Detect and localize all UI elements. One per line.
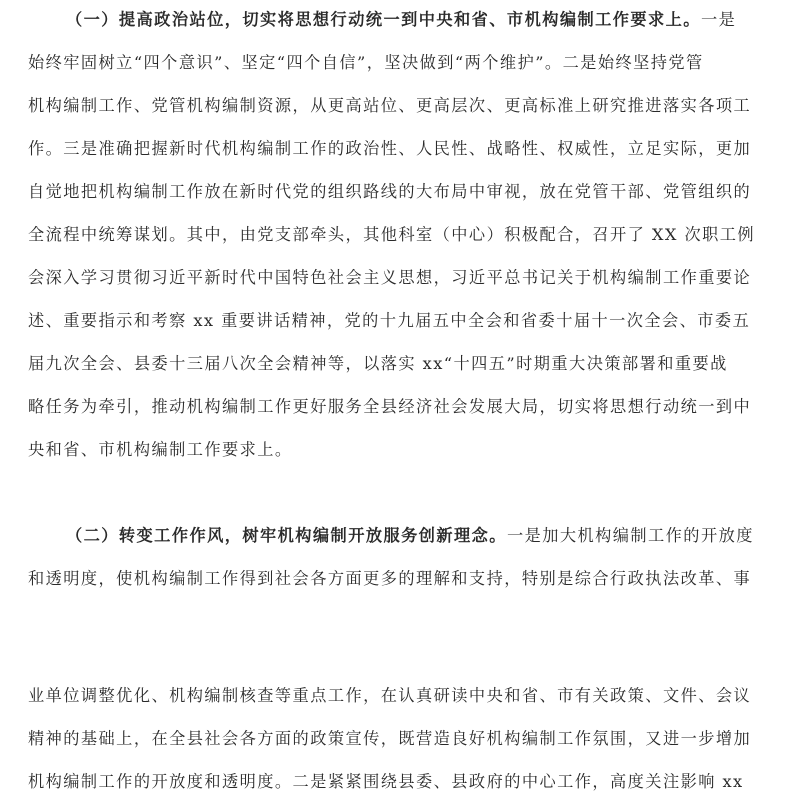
paragraph-line: 会深入学习贯彻习近平新时代中国特色社会主义思想，习近平总书记关于机构编制工作重要…	[28, 268, 776, 288]
paragraph-line: 自觉地把机构编制工作放在新时代党的组织路线的大布局中审视，放在党管干部、党管组织…	[28, 182, 776, 202]
paragraph-line: 全流程中统筹谋划。其中，由党支部牵头，其他科室（中心）积极配合，召开了 XX 次…	[28, 225, 776, 245]
paragraph-line: 始终牢固树立“四个意识”、坚定“四个自信”，坚决做到“两个维护”。二是始终坚持党…	[28, 53, 776, 73]
section-heading-1: （一）提高政治站位，切实将思想行动统一到中央和省、市机构编制工作要求上。	[66, 10, 701, 29]
paragraph-line: 作。三是准确把握新时代机构编制工作的政治性、人民性、战略性、权威性，立足实际，更…	[28, 139, 776, 159]
paragraph-line: 业单位调整优化、机构编制核查等重点工作，在认真研读中央和省、市有关政策、文件、会…	[28, 686, 776, 706]
paragraph-line: （一）提高政治站位，切实将思想行动统一到中央和省、市机构编制工作要求上。一是	[66, 10, 776, 30]
paragraph-line: 略任务为牵引，推动机构编制工作更好服务全县经济社会发展大局，切实将思想行动统一到…	[28, 397, 776, 417]
paragraph-line: 和透明度，使机构编制工作得到社会各方面更多的理解和支持，特别是综合行政执法改革、…	[28, 569, 776, 589]
paragraph-line: 央和省、市机构编制工作要求上。	[28, 440, 776, 460]
paragraph-line: 届九次全会、县委十三届八次全会精神等，以落实 xx“十四五”时期重大决策部署和重…	[28, 354, 776, 374]
paragraph-line: （二）转变工作作风，树牢机构编制开放服务创新理念。一是加大机构编制工作的开放度	[66, 526, 776, 546]
paragraph-line: 机构编制工作、党管机构编制资源，从更高站位、更高层次、更高标准上研究推进落实各项…	[28, 96, 776, 116]
section-heading-2: （二）转变工作作风，树牢机构编制开放服务创新理念。	[66, 526, 507, 545]
paragraph-line: 精神的基础上，在全县社会各方面的政策宣传，既营造良好机构编制工作氛围，又进一步增…	[28, 729, 776, 749]
paragraph-line: 述、重要指示和考察 xx 重要讲话精神，党的十九届五中全会和省委十届十一次全会、…	[28, 311, 776, 331]
paragraph-line: 机构编制工作的开放度和透明度。二是紧紧围绕县委、县政府的中心工作，高度关注影响 …	[28, 772, 776, 792]
